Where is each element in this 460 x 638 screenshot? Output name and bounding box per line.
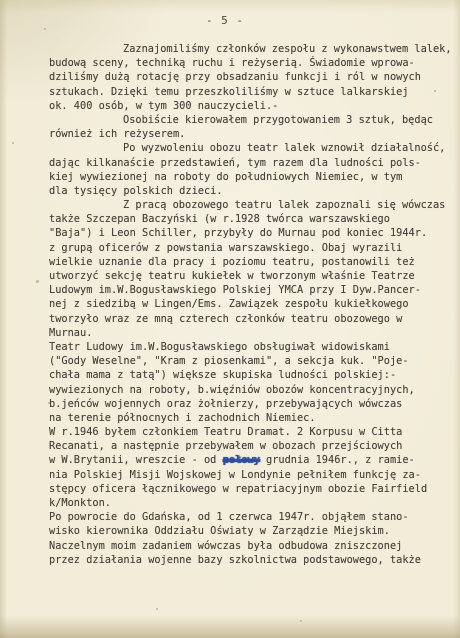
text-line: dziliśmy dużą rotację przy obsadzaniu fu… xyxy=(49,70,441,84)
text-line: kiej wywiezionej na roboty do południowy… xyxy=(49,170,441,184)
text-line: b.jeńców wojennych oraz żołnierzy, przeb… xyxy=(49,397,441,411)
text-line: także Szczepan Baczyński (w r.1928 twórc… xyxy=(49,212,441,226)
text-line: w W.Brytanii, wreszcie - od połowy grudn… xyxy=(49,453,441,467)
struck-word: połowy xyxy=(223,454,260,466)
text-line: Recanati, a następnie przebywałem w oboz… xyxy=(49,439,441,453)
text-line: nej z siedzibą w Lingen/Ems. Zawiązek ze… xyxy=(49,297,441,311)
text-line: Naczelnym moim zadaniem wówczas była odb… xyxy=(49,539,441,553)
document-body: Zaznajomiliśmy członków zespołu z wykona… xyxy=(49,42,441,567)
paper-speck xyxy=(156,608,158,610)
text-segment: grudnia 1946r., z ramie- xyxy=(260,454,415,466)
text-line: "Baja") i Leon Schiller, przybyły do Mur… xyxy=(49,226,441,240)
text-line: utworzyć sekcję teatru kukiełek w tworzo… xyxy=(49,269,441,283)
text-line: stępcy oficera łącznikowego w repatriacy… xyxy=(49,482,441,496)
text-line: dla tysięcy polskich dzieci. xyxy=(49,184,441,198)
text-line: również ich reżyserem. xyxy=(49,127,441,141)
text-line: Osobiście kierowałem przygotowaniem 3 sz… xyxy=(49,113,441,127)
text-line: Z pracą obozowego teatru lalek zapoznali… xyxy=(49,198,441,212)
text-line: z grupą oficerów z powstania warszawskie… xyxy=(49,241,441,255)
text-line: Zaznajomiliśmy członków zespołu z wykona… xyxy=(49,42,441,56)
text-line: k/Monkton. xyxy=(49,496,441,510)
text-line: budową sceny, techniką ruchu i reżyserią… xyxy=(49,56,441,70)
text-line: Teatr Ludowy im.W.Bogusławskiego obsługi… xyxy=(49,340,441,354)
text-line: Po powrocie do Gdańska, od 1 czerwca 194… xyxy=(49,510,441,524)
paper-speck xyxy=(12,142,14,144)
text-line: chała mama z tatą") większe skupiska lud… xyxy=(49,368,441,382)
text-line: ok. 400 osób, w tym 300 nauczycieli.- xyxy=(49,99,441,113)
text-line: Ludowym im.W.Bogusławskiego Polskiej YMC… xyxy=(49,283,441,297)
text-line: przez działania wojenne bazy szkolnictwa… xyxy=(49,553,441,567)
text-line: wielkie uznanie dla pracy i poziomu teat… xyxy=(49,255,441,269)
paper-speck xyxy=(36,280,39,283)
text-line: sztukach. Dzięki temu przeszkoliliśmy w … xyxy=(49,85,441,99)
text-line: wywiezionych na roboty, b.więźniów obozó… xyxy=(49,383,441,397)
page-number: - 5 - xyxy=(0,14,450,27)
text-line: na terenie północnych i zachodnich Niemi… xyxy=(49,411,441,425)
text-line: Po wyzwoleniu obozu teatr lalek wznowił … xyxy=(49,141,441,155)
text-line: W r.1946 byłem członkiem Teatru Dramat. … xyxy=(49,425,441,439)
paper-speck xyxy=(300,620,302,622)
text-segment: w W.Brytanii, wreszcie - od xyxy=(49,454,223,466)
text-line: Murnau. xyxy=(49,326,441,340)
text-line: ("Gody Weselne", "Kram z piosenkami", a … xyxy=(49,354,441,368)
text-line: tworzyło wraz ze mną czterech członków t… xyxy=(49,312,441,326)
paper-speck xyxy=(44,28,46,30)
text-line: dając kilkanaście przedstawień, tym raze… xyxy=(49,156,441,170)
scanned-document: { "page": { "number_label": "- 5 -" }, "… xyxy=(0,0,460,638)
text-line: nia Polskiej Misji Wojskowej w Londynie … xyxy=(49,468,441,482)
text-line: wisko kierownika Oddziału Oświaty w Zarz… xyxy=(49,524,441,538)
